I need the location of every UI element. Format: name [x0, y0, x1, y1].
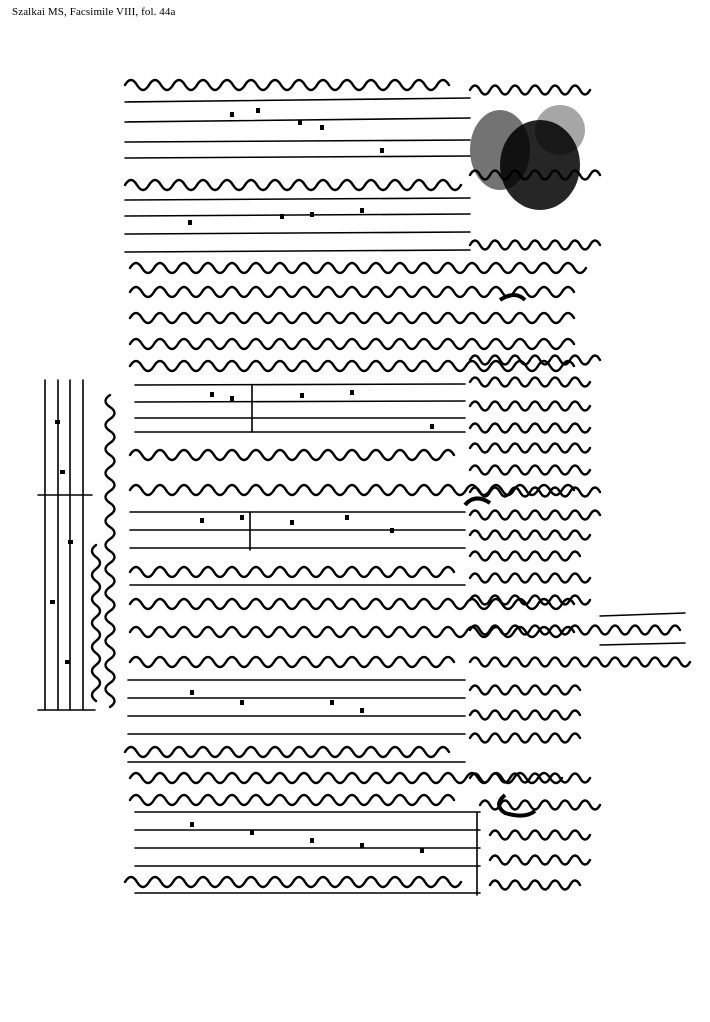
- ink-stain: [470, 105, 585, 210]
- staff-system-1: [125, 98, 470, 158]
- music-notes: [50, 108, 434, 853]
- right-margin-lines: [600, 613, 685, 645]
- handwriting: [92, 80, 690, 890]
- manuscript-page: [0, 0, 710, 1022]
- staff-system-2: [125, 198, 470, 252]
- staff-system-3: [135, 384, 465, 432]
- manuscript-drawing: [0, 0, 710, 1022]
